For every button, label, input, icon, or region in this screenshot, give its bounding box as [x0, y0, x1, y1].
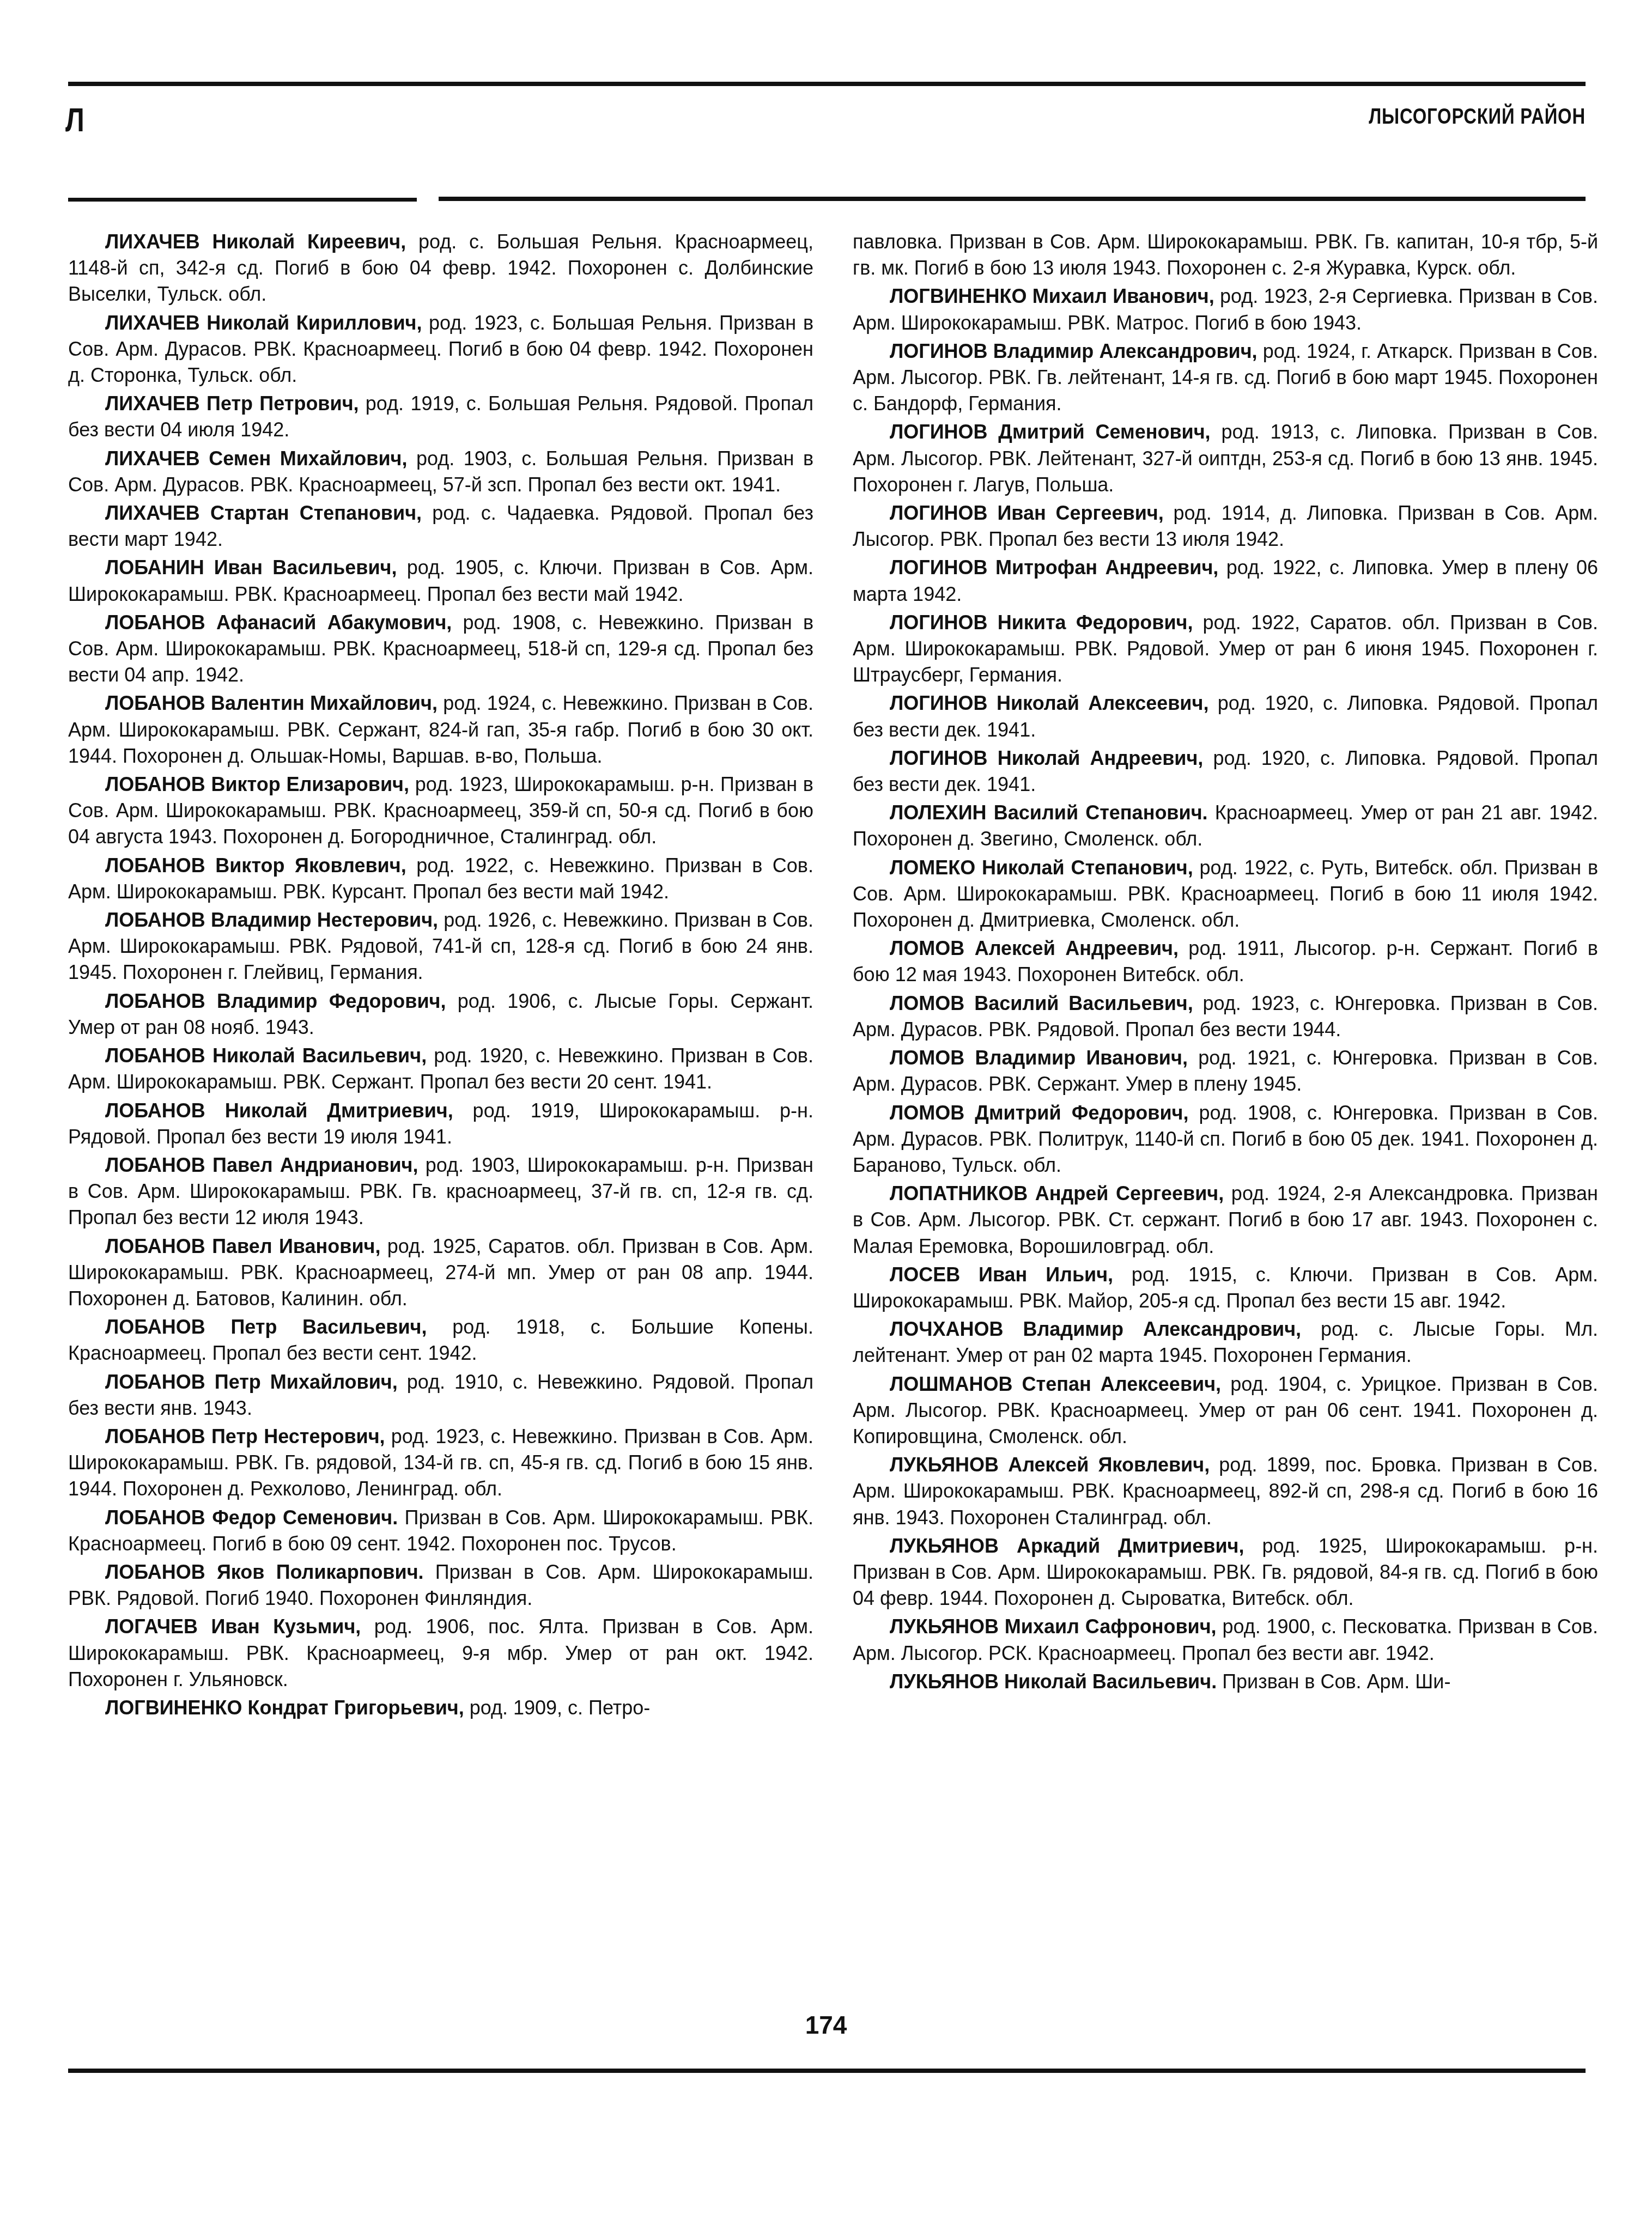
- entry: ЛОБАНОВ Павел Иванович, род. 1925, Сарат…: [68, 1233, 813, 1312]
- entry-name: ЛОГВИНЕНКО Михаил Иванович,: [890, 285, 1214, 307]
- entry-name: ЛОБАНОВ Афанасий Абакумович,: [105, 611, 452, 634]
- entry: ЛОШМАНОВ Степан Алексеевич, род. 1904, с…: [853, 1371, 1598, 1450]
- entry: ЛОБАНОВ Виктор Яковлевич, род. 1922, с. …: [68, 853, 813, 905]
- entry: ЛОМОВ Дмитрий Федорович, род. 1908, с. Ю…: [853, 1100, 1598, 1179]
- section-title: ЛЫСОГОРСКИЙ РАЙОН: [1369, 105, 1586, 129]
- entry-name: ЛИХАЧЕВ Николай Кириллович,: [105, 312, 422, 334]
- entry: ЛОЛЕХИН Василий Степанович. Красноармеец…: [853, 800, 1598, 852]
- entry: ЛОБАНОВ Афанасий Абакумович, род. 1908, …: [68, 610, 813, 689]
- header-bottom-rule-left: [68, 198, 417, 202]
- entry-name: ЛОБАНОВ Яков Поликарпович.: [105, 1561, 424, 1583]
- entry-name: ЛОГИНОВ Иван Сергеевич,: [890, 502, 1164, 524]
- entry: ЛОЧХАНОВ Владимир Александрович, род. с.…: [853, 1316, 1598, 1368]
- entry-name: ЛОБАНОВ Петр Нестерович,: [105, 1425, 385, 1447]
- entry-name: ЛОБАНОВ Валентин Михайлович,: [105, 692, 438, 714]
- entry-text: род. 1909, с. Петро-: [464, 1696, 651, 1719]
- entry: ЛОГИНОВ Иван Сергеевич, род. 1914, д. Ли…: [853, 500, 1598, 552]
- entry-name: ЛОМОВ Дмитрий Федорович,: [890, 1102, 1188, 1124]
- entry: ЛОМОВ Василий Васильевич, род. 1923, с. …: [853, 990, 1598, 1043]
- entry-continuation: павловка. Призван в Сов. Арм. Ширококара…: [853, 229, 1598, 281]
- entry: ЛОБАНОВ Валентин Михайлович, род. 1924, …: [68, 690, 813, 769]
- entry-name: ЛОГИНОВ Никита Федорович,: [890, 611, 1193, 634]
- entry-name: ЛОПАТНИКОВ Андрей Сергеевич,: [890, 1182, 1224, 1205]
- entry-name: ЛОБАНОВ Николай Васильевич,: [105, 1044, 427, 1067]
- entry-name: ЛОБАНОВ Николай Дмитриевич,: [105, 1099, 453, 1122]
- entry: ЛОГАЧЕВ Иван Кузьмич, род. 1906, пос. Ял…: [68, 1614, 813, 1693]
- entry: ЛОБАНИН Иван Васильевич, род. 1905, с. К…: [68, 555, 813, 607]
- entry-name: ЛОШМАНОВ Степан Алексеевич,: [890, 1373, 1221, 1395]
- entry: ЛОГИНОВ Митрофан Андреевич, род. 1922, с…: [853, 555, 1598, 607]
- entry: ЛОБАНОВ Николай Васильевич, род. 1920, с…: [68, 1043, 813, 1095]
- entry-name: ЛОБАНОВ Владимир Федорович,: [105, 990, 446, 1012]
- section-letter: Л: [65, 101, 84, 139]
- entry: ЛУКЬЯНОВ Николай Васильевич. Призван в С…: [853, 1669, 1598, 1695]
- entry-name: ЛИХАЧЕВ Николай Киреевич,: [105, 230, 406, 253]
- entry-text: Призван в Сов. Арм. Ши-: [1217, 1670, 1450, 1693]
- entry-name: ЛОМОВ Алексей Андреевич,: [890, 937, 1179, 959]
- entry: ЛОБАНОВ Виктор Елизарович, род. 1923, Ши…: [68, 771, 813, 850]
- entry: ЛОМОВ Алексей Андреевич, род. 1911, Лысо…: [853, 935, 1598, 988]
- entry: ЛОМОВ Владимир Иванович, род. 1921, с. Ю…: [853, 1045, 1598, 1097]
- entry: ЛОБАНОВ Николай Дмитриевич, род. 1919, Ш…: [68, 1098, 813, 1150]
- left-column: ЛИХАЧЕВ Николай Киреевич, род. с. Больша…: [68, 229, 813, 1723]
- entry-name: ЛОМЕКО Николай Степанович,: [890, 856, 1193, 879]
- entry-name: ЛОЧХАНОВ Владимир Александрович,: [890, 1318, 1301, 1340]
- entry: ЛОБАНОВ Петр Нестерович, род. 1923, с. Н…: [68, 1424, 813, 1503]
- entry: ЛИХАЧЕВ Семен Михайлович, род. 1903, с. …: [68, 446, 813, 498]
- entry-name: ЛОБАНОВ Федор Семенович.: [105, 1506, 398, 1529]
- entry: ЛОГИНОВ Никита Федорович, род. 1922, Сар…: [853, 610, 1598, 689]
- entry-name: ЛОГИНОВ Митрофан Андреевич,: [890, 556, 1218, 579]
- entry: ЛУКЬЯНОВ Михаил Сафронович, род. 1900, с…: [853, 1614, 1598, 1666]
- entry: ЛИХАЧЕВ Стартан Степанович, род. с. Чада…: [68, 500, 813, 552]
- entry-name: ЛОЛЕХИН Василий Степанович.: [890, 801, 1208, 824]
- entry-name: ЛОГАЧЕВ Иван Кузьмич,: [105, 1615, 361, 1638]
- entry: ЛОБАНОВ Владимир Нестерович, род. 1926, …: [68, 907, 813, 986]
- entry-name: ЛИХАЧЕВ Петр Петрович,: [105, 392, 359, 415]
- entry-name: ЛОГИНОВ Николай Алексеевич,: [890, 692, 1208, 714]
- entry: ЛИХАЧЕВ Петр Петрович, род. 1919, с. Бол…: [68, 391, 813, 443]
- entry: ЛИХАЧЕВ Николай Кириллович, род. 1923, с…: [68, 310, 813, 389]
- entry: ЛУКЬЯНОВ Аркадий Дмитриевич, род. 1925, …: [853, 1533, 1598, 1612]
- header-top-rule: [68, 82, 1586, 86]
- entry: ЛОГИНОВ Дмитрий Семенович, род. 1913, с.…: [853, 419, 1598, 498]
- entry-name: ЛОБАНОВ Виктор Яковлевич,: [105, 854, 406, 877]
- entry: ЛОБАНОВ Петр Васильевич, род. 1918, с. Б…: [68, 1314, 813, 1366]
- entry-name: ЛОГИНОВ Владимир Александрович,: [890, 340, 1258, 362]
- entry: ЛОСЕВ Иван Ильич, род. 1915, с. Ключи. П…: [853, 1262, 1598, 1314]
- entry-name: ЛОБАНОВ Владимир Нестерович,: [105, 909, 438, 931]
- entry-name: ЛИХАЧЕВ Стартан Степанович,: [105, 502, 422, 524]
- entry: ЛОГВИНЕНКО Михаил Иванович, род. 1923, 2…: [853, 283, 1598, 336]
- entry: ЛОБАНОВ Яков Поликарпович. Призван в Сов…: [68, 1559, 813, 1611]
- entry-name: ЛОГИНОВ Дмитрий Семенович,: [890, 421, 1211, 443]
- entry-name: ЛУКЬЯНОВ Аркадий Дмитриевич,: [890, 1535, 1244, 1557]
- right-column: павловка. Призван в Сов. Арм. Ширококара…: [853, 229, 1598, 1697]
- entry-name: ЛОМОВ Владимир Иванович,: [890, 1047, 1188, 1069]
- entry: ЛОГВИНЕНКО Кондрат Григорьевич, род. 190…: [68, 1695, 813, 1721]
- header-bottom-rule-right: [439, 197, 1586, 201]
- entry-name: ЛОБАНОВ Виктор Елизарович,: [105, 773, 409, 795]
- entry-name: ЛОБАНОВ Павел Иванович,: [105, 1235, 380, 1257]
- entry-name: ЛОМОВ Василий Васильевич,: [890, 992, 1193, 1014]
- footer-rule: [68, 2069, 1586, 2073]
- entry-name: ЛОБАНОВ Петр Михайлович,: [105, 1371, 398, 1393]
- entry: ЛОБАНОВ Петр Михайлович, род. 1910, с. Н…: [68, 1369, 813, 1421]
- entry-name: ЛОБАНОВ Павел Андрианович,: [105, 1154, 418, 1176]
- entry-name: ЛОБАНОВ Петр Васильевич,: [105, 1316, 427, 1338]
- entry-name: ЛОСЕВ Иван Ильич,: [890, 1263, 1113, 1286]
- entry: ЛОГИНОВ Николай Алексеевич, род. 1920, с…: [853, 690, 1598, 743]
- entry-name: ЛОГИНОВ Николай Андреевич,: [890, 747, 1203, 769]
- entry-name: ЛУКЬЯНОВ Николай Васильевич.: [890, 1670, 1217, 1693]
- page-number: 174: [0, 2010, 1652, 2040]
- entry: ЛОПАТНИКОВ Андрей Сергеевич, род. 1924, …: [853, 1181, 1598, 1260]
- entry-name: ЛУКЬЯНОВ Михаил Сафронович,: [890, 1615, 1217, 1638]
- entry: ЛОБАНОВ Федор Семенович. Призван в Сов. …: [68, 1505, 813, 1557]
- entry: ЛОБАНОВ Павел Андрианович, род. 1903, Ши…: [68, 1152, 813, 1231]
- entry: ЛОГИНОВ Николай Андреевич, род. 1920, с.…: [853, 745, 1598, 798]
- entry: ЛОБАНОВ Владимир Федорович, род. 1906, с…: [68, 988, 813, 1041]
- entry-name: ЛОГВИНЕНКО Кондрат Григорьевич,: [105, 1696, 464, 1719]
- entry: ЛОГИНОВ Владимир Александрович, род. 192…: [853, 338, 1598, 417]
- entry: ЛУКЬЯНОВ Алексей Яковлевич, род. 1899, п…: [853, 1452, 1598, 1531]
- entry: ЛИХАЧЕВ Николай Киреевич, род. с. Больша…: [68, 229, 813, 308]
- entry-name: ЛОБАНИН Иван Васильевич,: [105, 556, 397, 579]
- entry-name: ЛИХАЧЕВ Семен Михайлович,: [105, 447, 408, 470]
- entry-name: ЛУКЬЯНОВ Алексей Яковлевич,: [890, 1453, 1210, 1476]
- entry: ЛОМЕКО Николай Степанович, род. 1922, с.…: [853, 855, 1598, 934]
